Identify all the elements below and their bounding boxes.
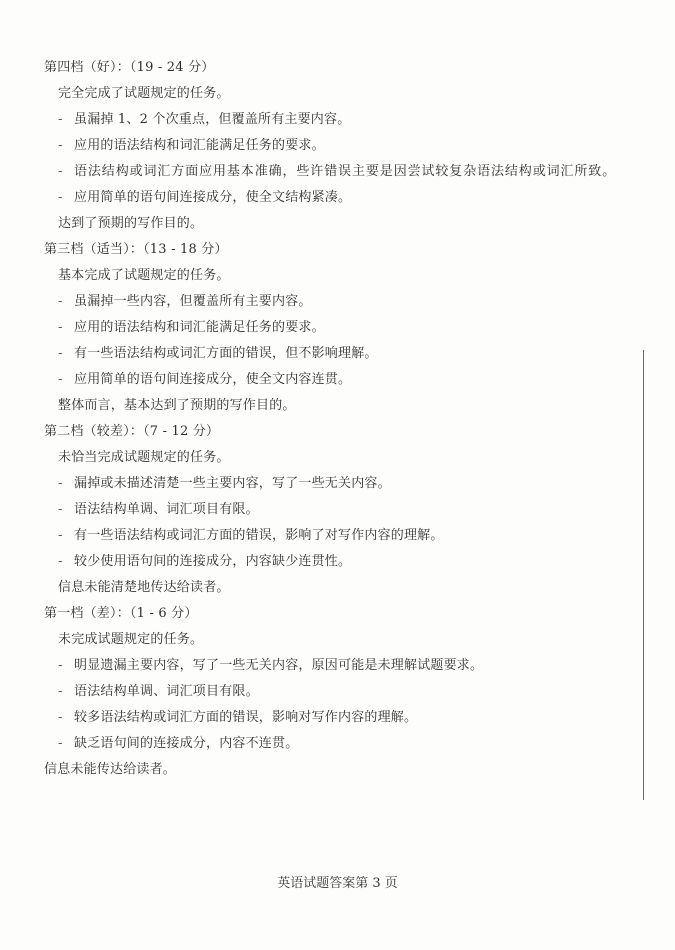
scoring-rubric: 第四档（好）：（19 - 24 分） 完全完成了试题规定的任务。 - 虽漏掉 1… (44, 55, 644, 783)
list-item-text: 语法结构单调、词汇项目有限。 (74, 679, 644, 705)
section-closing: 信息未能传达给读者。 (44, 757, 644, 783)
list-item-text: 语法结构或词汇方面应用基本准确，些许错误主要是因尝试较复杂语法结构或词汇所致。 (74, 159, 648, 185)
bullet-marker: - (58, 523, 74, 549)
list-item: - 有一些语法结构或词汇方面的错误，但不影响理解。 (44, 341, 644, 367)
section-closing: 信息未能清楚地传达给读者。 (44, 575, 644, 601)
rubric-section-tier-3: 第三档（适当）：（13 - 18 分） 基本完成了试题规定的任务。 - 虽漏掉一… (44, 237, 644, 419)
section-heading: 第三档（适当）：（13 - 18 分） (44, 237, 644, 263)
section-closing: 整体而言，基本达到了预期的写作目的。 (44, 393, 644, 419)
bullet-marker: - (58, 341, 74, 367)
section-closing: 达到了预期的写作目的。 (44, 211, 644, 237)
bullet-marker: - (58, 679, 74, 705)
bullet-marker: - (58, 471, 74, 497)
bullet-marker: - (58, 289, 74, 315)
list-item: - 应用简单的语句间连接成分，使全文内容连贯。 (44, 367, 644, 393)
section-heading: 第二档（较差）：（7 - 12 分） (44, 419, 644, 445)
list-item: - 漏掉或未描述清楚一些主要内容，写了一些无关内容。 (44, 471, 644, 497)
list-item: - 语法结构单调、词汇项目有限。 (44, 679, 644, 705)
section-summary: 未恰当完成试题规定的任务。 (44, 445, 644, 471)
bullet-marker: - (58, 185, 74, 211)
bullet-marker: - (58, 549, 74, 575)
list-item: - 明显遗漏主要内容，写了一些无关内容，原因可能是未理解试题要求。 (44, 653, 644, 679)
list-item-text: 应用的语法结构和词汇能满足任务的要求。 (74, 133, 644, 159)
rubric-section-tier-2: 第二档（较差）：（7 - 12 分） 未恰当完成试题规定的任务。 - 漏掉或未描… (44, 419, 644, 601)
list-item-text: 应用的语法结构和词汇能满足任务的要求。 (74, 315, 644, 341)
list-item-text: 应用简单的语句间连接成分，使全文结构紧凑。 (74, 185, 644, 211)
section-summary: 基本完成了试题规定的任务。 (44, 263, 644, 289)
list-item-text: 虽漏掉 1、2 个次重点，但覆盖所有主要内容。 (74, 107, 644, 133)
page-footer: 英语试题答案第 3 页 (0, 872, 675, 891)
list-item: - 虽漏掉 1、2 个次重点，但覆盖所有主要内容。 (44, 107, 644, 133)
rubric-section-tier-4: 第四档（好）：（19 - 24 分） 完全完成了试题规定的任务。 - 虽漏掉 1… (44, 55, 644, 237)
list-item-text: 漏掉或未描述清楚一些主要内容，写了一些无关内容。 (74, 471, 644, 497)
bullet-marker: - (58, 497, 74, 523)
section-heading: 第四档（好）：（19 - 24 分） (44, 55, 644, 81)
list-item-text: 有一些语法结构或词汇方面的错误，影响了对写作内容的理解。 (74, 523, 644, 549)
bullet-marker: - (58, 705, 74, 731)
bullet-marker: - (58, 653, 74, 679)
document-page: 第四档（好）：（19 - 24 分） 完全完成了试题规定的任务。 - 虽漏掉 1… (0, 0, 675, 950)
list-item: - 有一些语法结构或词汇方面的错误，影响了对写作内容的理解。 (44, 523, 644, 549)
margin-rule (643, 350, 644, 800)
bullet-marker: - (58, 107, 74, 133)
list-item: - 语法结构或词汇方面应用基本准确，些许错误主要是因尝试较复杂语法结构或词汇所致… (44, 159, 648, 185)
list-item: - 语法结构单调、词汇项目有限。 (44, 497, 644, 523)
list-item-text: 虽漏掉一些内容，但覆盖所有主要内容。 (74, 289, 644, 315)
bullet-marker: - (58, 159, 74, 185)
bullet-marker: - (58, 731, 74, 757)
section-summary: 未完成试题规定的任务。 (44, 627, 644, 653)
list-item: - 缺乏语句间的连接成分，内容不连贯。 (44, 731, 644, 757)
bullet-marker: - (58, 367, 74, 393)
list-item-text: 明显遗漏主要内容，写了一些无关内容，原因可能是未理解试题要求。 (74, 653, 644, 679)
list-item: - 较多语法结构或词汇方面的错误，影响对写作内容的理解。 (44, 705, 644, 731)
bullet-marker: - (58, 315, 74, 341)
list-item-text: 语法结构单调、词汇项目有限。 (74, 497, 644, 523)
section-heading: 第一档（差）：（1 - 6 分） (44, 601, 644, 627)
list-item-text: 较多语法结构或词汇方面的错误，影响对写作内容的理解。 (74, 705, 644, 731)
list-item: - 应用的语法结构和词汇能满足任务的要求。 (44, 315, 644, 341)
list-item: - 较少使用语句间的连接成分，内容缺少连贯性。 (44, 549, 644, 575)
bullet-marker: - (58, 133, 74, 159)
list-item: - 应用的语法结构和词汇能满足任务的要求。 (44, 133, 644, 159)
list-item-text: 较少使用语句间的连接成分，内容缺少连贯性。 (74, 549, 644, 575)
list-item-text: 有一些语法结构或词汇方面的错误，但不影响理解。 (74, 341, 644, 367)
list-item: - 虽漏掉一些内容，但覆盖所有主要内容。 (44, 289, 644, 315)
rubric-section-tier-1: 第一档（差）：（1 - 6 分） 未完成试题规定的任务。 - 明显遗漏主要内容，… (44, 601, 644, 783)
list-item-text: 应用简单的语句间连接成分，使全文内容连贯。 (74, 367, 644, 393)
list-item: - 应用简单的语句间连接成分，使全文结构紧凑。 (44, 185, 644, 211)
section-summary: 完全完成了试题规定的任务。 (44, 81, 644, 107)
list-item-text: 缺乏语句间的连接成分，内容不连贯。 (74, 731, 644, 757)
